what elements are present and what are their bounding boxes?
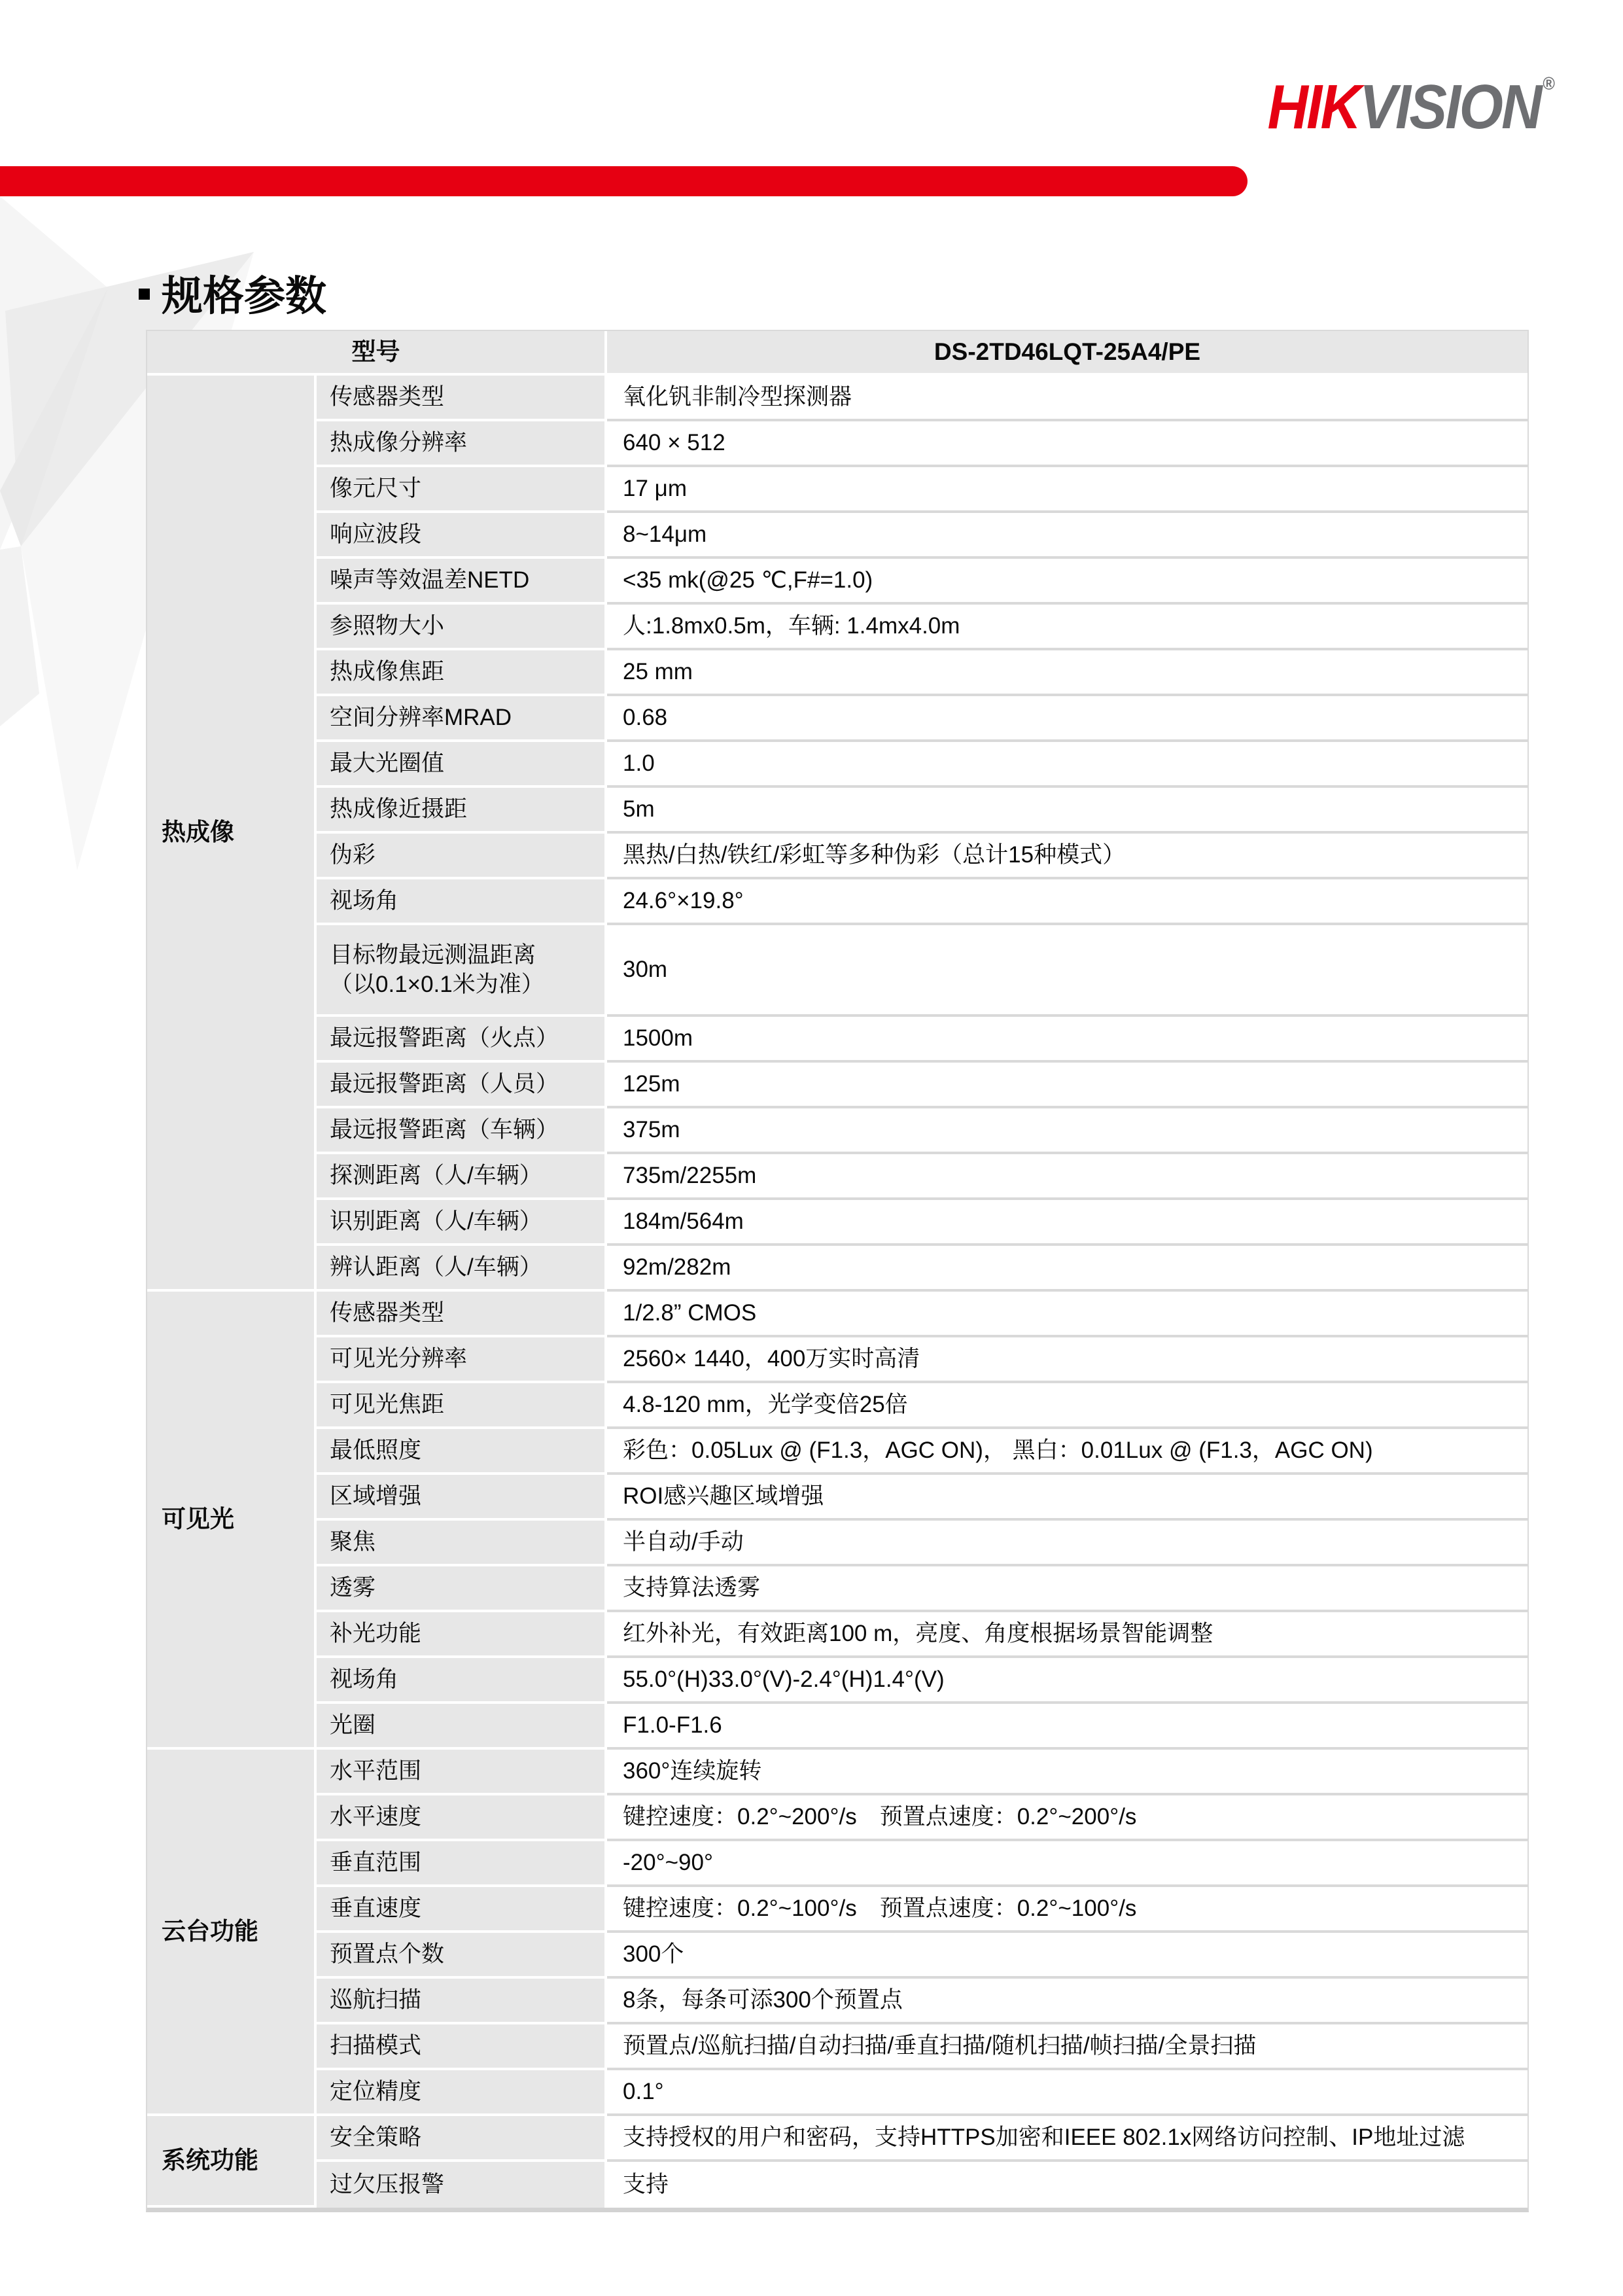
spec-label: 最大光圈值: [317, 742, 607, 788]
model-header-label: 型号: [147, 331, 607, 376]
table-row: 补光功能红外补光，有效距离100 m，亮度、角度根据场景智能调整: [147, 1612, 1527, 1658]
spec-label: 目标物最远测温距离（以0.1×0.1米为准）: [317, 925, 607, 1017]
table-row: 系统功能安全策略支持授权的用户和密码，支持HTTPS加密和IEEE 802.1x…: [147, 2116, 1527, 2162]
spec-label: 探测距离（人/车辆）: [317, 1154, 607, 1200]
spec-label: 垂直速度: [317, 1887, 607, 1933]
spec-label: 最远报警距离（车辆）: [317, 1108, 607, 1154]
logo-hik-text: HIK: [1267, 72, 1359, 142]
spec-label: 空间分辨率MRAD: [317, 696, 607, 742]
hikvision-logo: HIKVISION®: [1267, 76, 1552, 139]
table-row: 区域增强ROI感兴趣区域增强: [147, 1475, 1527, 1521]
spec-value: 半自动/手动: [607, 1521, 1527, 1566]
table-row: 视场角24.6°×19.8°: [147, 879, 1527, 925]
table-row: 水平速度键控速度：0.2°~200°/s 预置点速度：0.2°~200°/s: [147, 1795, 1527, 1841]
spec-value: 红外补光，有效距离100 m，亮度、角度根据场景智能调整: [607, 1612, 1527, 1658]
table-row: 噪声等效温差NETD<35 mk(@25 ℃,F#=1.0): [147, 559, 1527, 605]
table-row: 响应波段8~14μm: [147, 513, 1527, 559]
spec-value: 375m: [607, 1108, 1527, 1154]
table-row: 垂直范围-20°~90°: [147, 1841, 1527, 1887]
section-cell-visible-light: 可见光: [147, 1292, 317, 1750]
spec-label: 参照物大小: [317, 605, 607, 650]
table-row: 探测距离（人/车辆）735m/2255m: [147, 1154, 1527, 1200]
table-row: 可见光传感器类型1/2.8” CMOS: [147, 1292, 1527, 1337]
table-row: 热成像传感器类型氧化钒非制冷型探测器: [147, 376, 1527, 421]
spec-label: 可见光焦距: [317, 1383, 607, 1429]
page-title: 规格参数: [139, 272, 326, 322]
spec-value: 2560× 1440，400万实时高清: [607, 1337, 1527, 1383]
spec-label-line: 目标物最远测温距离: [330, 942, 536, 968]
page-title-text: 规格参数: [162, 274, 326, 319]
table-row: 空间分辨率MRAD0.68: [147, 696, 1527, 742]
spec-label: 热成像焦距: [317, 650, 607, 696]
spec-value: 735m/2255m: [607, 1154, 1527, 1200]
spec-value: 360°连续旋转: [607, 1750, 1527, 1795]
table-row: 聚焦半自动/手动: [147, 1521, 1527, 1566]
spec-table-wrap: 型号 DS-2TD46LQT-25A4/PE 热成像传感器类型氧化钒非制冷型探测…: [146, 330, 1529, 2212]
spec-value: 氧化钒非制冷型探测器: [607, 376, 1527, 421]
spec-label: 传感器类型: [317, 376, 607, 421]
spec-value: <35 mk(@25 ℃,F#=1.0): [607, 559, 1527, 605]
table-row: 热成像分辨率640 × 512: [147, 421, 1527, 467]
red-accent-bar: [0, 166, 1248, 196]
spec-label: 垂直范围: [317, 1841, 607, 1887]
spec-value: 黑热/白热/铁红/彩虹等多种伪彩（总计15种模式）: [607, 834, 1527, 879]
spec-value: ROI感兴趣区域增强: [607, 1475, 1527, 1521]
registered-trademark-symbol: ®: [1543, 73, 1555, 94]
spec-label: 视场角: [317, 879, 607, 925]
spec-table-body: 型号 DS-2TD46LQT-25A4/PE 热成像传感器类型氧化钒非制冷型探测…: [147, 331, 1527, 2208]
spec-value: 300个: [607, 1933, 1527, 1979]
spec-label: 最低照度: [317, 1429, 607, 1475]
spec-label-line: （以0.1×0.1米为准）: [330, 972, 544, 997]
spec-value: 25 mm: [607, 650, 1527, 696]
table-row: 最大光圈值1.0: [147, 742, 1527, 788]
table-row: 热成像焦距25 mm: [147, 650, 1527, 696]
spec-table: 型号 DS-2TD46LQT-25A4/PE 热成像传感器类型氧化钒非制冷型探测…: [146, 330, 1529, 2212]
table-row: 巡航扫描8条，每条可添300个预置点: [147, 1979, 1527, 2024]
spec-value: 55.0°(H)33.0°(V)-2.4°(H)1.4°(V): [607, 1658, 1527, 1704]
spec-label: 透雾: [317, 1566, 607, 1612]
table-row: 光圈F1.0-F1.6: [147, 1704, 1527, 1750]
spec-label: 聚焦: [317, 1521, 607, 1566]
spec-label: 定位精度: [317, 2070, 607, 2116]
table-row: 可见光分辨率2560× 1440，400万实时高清: [147, 1337, 1527, 1383]
spec-value: 0.1°: [607, 2070, 1527, 2116]
spec-label: 噪声等效温差NETD: [317, 559, 607, 605]
spec-label: 补光功能: [317, 1612, 607, 1658]
spec-value: 24.6°×19.8°: [607, 879, 1527, 925]
spec-value: 640 × 512: [607, 421, 1527, 467]
spec-label: 最远报警距离（人员）: [317, 1063, 607, 1108]
spec-value: 8~14μm: [607, 513, 1527, 559]
spec-value: 人:1.8mx0.5m，车辆: 1.4mx4.0m: [607, 605, 1527, 650]
table-row: 最远报警距离（火点）1500m: [147, 1017, 1527, 1063]
section-cell-thermal: 热成像: [147, 376, 317, 1292]
spec-value: 125m: [607, 1063, 1527, 1108]
spec-label: 水平范围: [317, 1750, 607, 1795]
spec-label: 热成像近摄距: [317, 788, 607, 834]
spec-sheet-page: { "page": { "logo": { "hik": "HIK", "vis…: [0, 0, 1623, 2296]
spec-value: 30m: [607, 925, 1527, 1017]
spec-label: 传感器类型: [317, 1292, 607, 1337]
section-cell-ptz: 云台功能: [147, 1750, 317, 2116]
spec-value: 5m: [607, 788, 1527, 834]
spec-label: 响应波段: [317, 513, 607, 559]
spec-label: 热成像分辨率: [317, 421, 607, 467]
section-cell-system: 系统功能: [147, 2116, 317, 2208]
spec-value: -20°~90°: [607, 1841, 1527, 1887]
spec-value: 键控速度：0.2°~100°/s 预置点速度：0.2°~100°/s: [607, 1887, 1527, 1933]
table-header-row: 型号 DS-2TD46LQT-25A4/PE: [147, 331, 1527, 376]
table-row: 热成像近摄距5m: [147, 788, 1527, 834]
spec-label: 安全策略: [317, 2116, 607, 2162]
table-row: 透雾支持算法透雾: [147, 1566, 1527, 1612]
table-row: 垂直速度键控速度：0.2°~100°/s 预置点速度：0.2°~100°/s: [147, 1887, 1527, 1933]
spec-value: 17 μm: [607, 467, 1527, 513]
spec-value: 1.0: [607, 742, 1527, 788]
square-bullet-icon: [139, 289, 150, 300]
spec-value: 8条，每条可添300个预置点: [607, 1979, 1527, 2024]
spec-value: 支持算法透雾: [607, 1566, 1527, 1612]
spec-label: 识别距离（人/车辆）: [317, 1200, 607, 1246]
table-row: 最低照度彩色：0.05Lux @ (F1.3，AGC ON)， 黑白：0.01L…: [147, 1429, 1527, 1475]
table-row: 云台功能水平范围360°连续旋转: [147, 1750, 1527, 1795]
table-row: 扫描模式预置点/巡航扫描/自动扫描/垂直扫描/随机扫描/帧扫描/全景扫描: [147, 2024, 1527, 2070]
table-row: 像元尺寸17 μm: [147, 467, 1527, 513]
table-row: 定位精度0.1°: [147, 2070, 1527, 2116]
spec-label: 过欠压报警: [317, 2162, 607, 2208]
table-row: 视场角55.0°(H)33.0°(V)-2.4°(H)1.4°(V): [147, 1658, 1527, 1704]
spec-value: 键控速度：0.2°~200°/s 预置点速度：0.2°~200°/s: [607, 1795, 1527, 1841]
table-row: 识别距离（人/车辆）184m/564m: [147, 1200, 1527, 1246]
spec-value: 预置点/巡航扫描/自动扫描/垂直扫描/随机扫描/帧扫描/全景扫描: [607, 2024, 1527, 2070]
table-row: 辨认距离（人/车辆）92m/282m: [147, 1246, 1527, 1292]
spec-label: 最远报警距离（火点）: [317, 1017, 607, 1063]
spec-value: 支持授权的用户和密码，支持HTTPS加密和IEEE 802.1x网络访问控制、I…: [607, 2116, 1527, 2162]
spec-value: 支持: [607, 2162, 1527, 2208]
spec-label: 像元尺寸: [317, 467, 607, 513]
spec-value: 1/2.8” CMOS: [607, 1292, 1527, 1337]
spec-value: 0.68: [607, 696, 1527, 742]
spec-value: 1500m: [607, 1017, 1527, 1063]
spec-label: 扫描模式: [317, 2024, 607, 2070]
spec-label: 预置点个数: [317, 1933, 607, 1979]
model-number: DS-2TD46LQT-25A4/PE: [607, 331, 1527, 376]
logo-vision-text: VISION: [1359, 72, 1541, 142]
spec-value: 184m/564m: [607, 1200, 1527, 1246]
table-row: 伪彩黑热/白热/铁红/彩虹等多种伪彩（总计15种模式）: [147, 834, 1527, 879]
spec-label: 光圈: [317, 1704, 607, 1750]
table-row: 最远报警距离（车辆）375m: [147, 1108, 1527, 1154]
spec-value: 彩色：0.05Lux @ (F1.3，AGC ON)， 黑白：0.01Lux @…: [607, 1429, 1527, 1475]
spec-value: 92m/282m: [607, 1246, 1527, 1292]
table-row: 过欠压报警支持: [147, 2162, 1527, 2208]
spec-label: 可见光分辨率: [317, 1337, 607, 1383]
spec-label: 区域增强: [317, 1475, 607, 1521]
spec-label: 巡航扫描: [317, 1979, 607, 2024]
spec-label: 辨认距离（人/车辆）: [317, 1246, 607, 1292]
table-row: 参照物大小人:1.8mx0.5m，车辆: 1.4mx4.0m: [147, 605, 1527, 650]
spec-label: 伪彩: [317, 834, 607, 879]
spec-label: 视场角: [317, 1658, 607, 1704]
spec-value: 4.8-120 mm，光学变倍25倍: [607, 1383, 1527, 1429]
table-row: 可见光焦距4.8-120 mm，光学变倍25倍: [147, 1383, 1527, 1429]
table-row: 目标物最远测温距离（以0.1×0.1米为准）30m: [147, 925, 1527, 1017]
table-row: 最远报警距离（人员）125m: [147, 1063, 1527, 1108]
spec-value: F1.0-F1.6: [607, 1704, 1527, 1750]
spec-label: 水平速度: [317, 1795, 607, 1841]
table-row: 预置点个数300个: [147, 1933, 1527, 1979]
